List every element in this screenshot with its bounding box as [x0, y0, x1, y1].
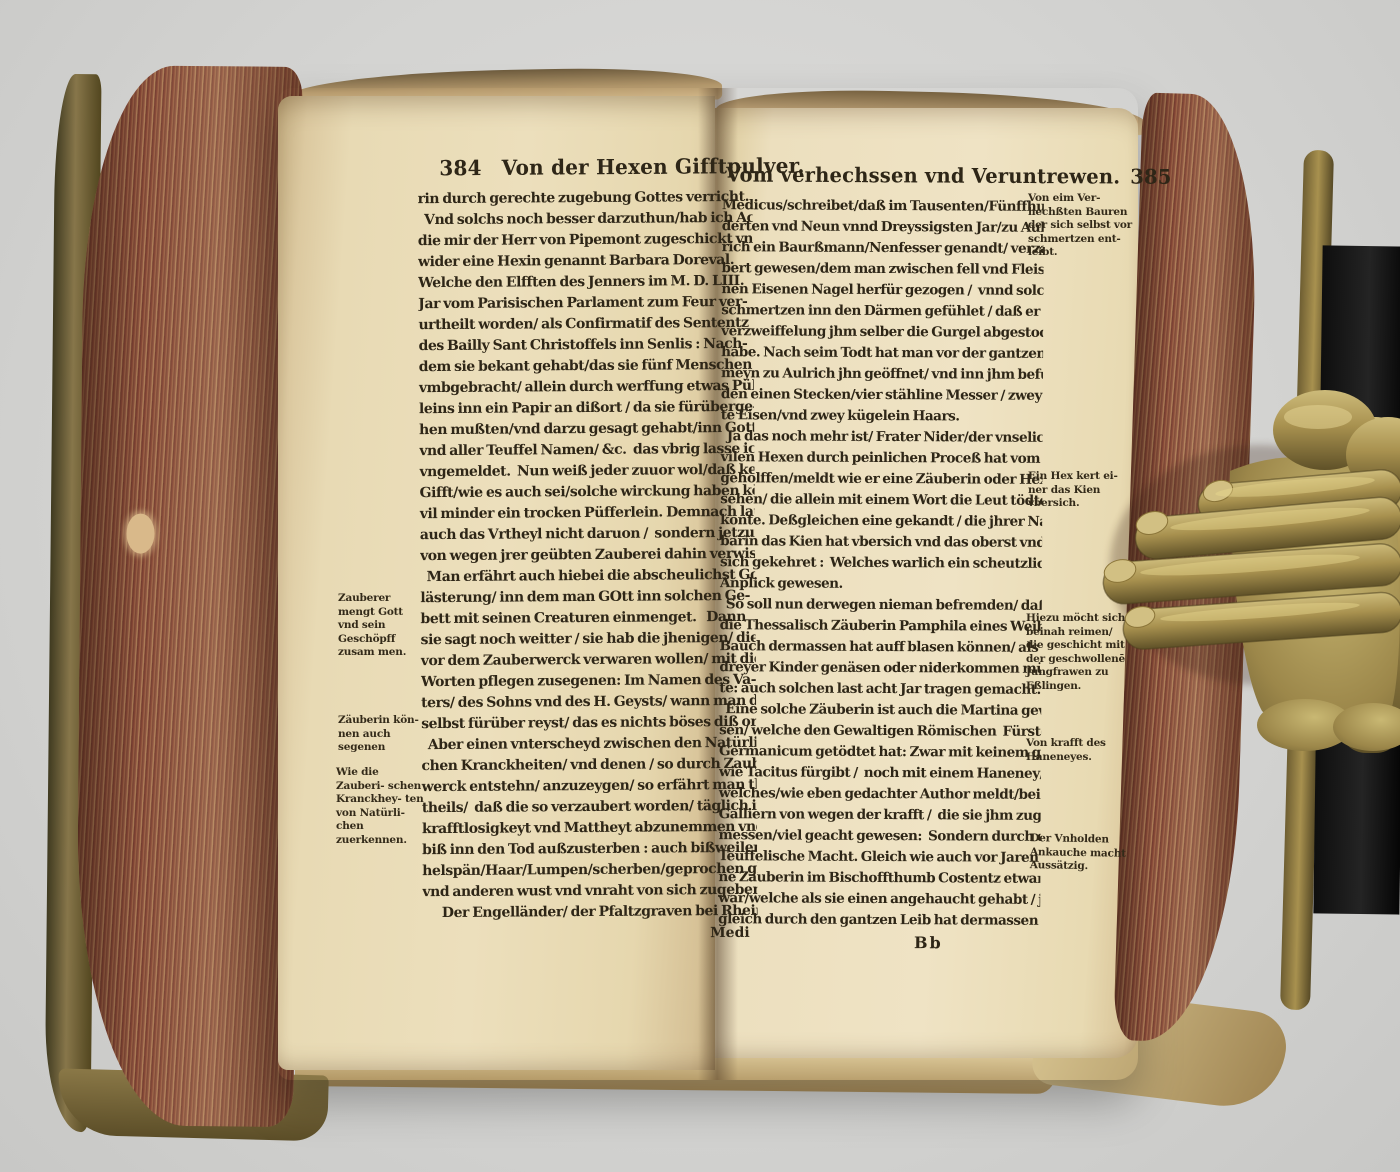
text-line: Galliern von wegen der krafft / die sie … [719, 804, 1041, 827]
text-line: sie sagt noch weitter / sie hab die jhen… [421, 628, 756, 651]
text-line: dem sie bekant gehabt/das sie fünf Mensc… [419, 355, 754, 378]
text-line: Ja das noch mehr ist/ Frater Nider/der v… [721, 426, 1043, 449]
book-photo: 384 Von der Hexen Gifftpulver. rin durch… [0, 0, 1400, 1172]
text-line: vor dem Zauberwerck verwaren wollen/ mit… [421, 649, 756, 672]
text-line: vnd anderen wust vnd vnraht von sich zug… [422, 880, 757, 903]
text-line: wider eine Hexin genannt Barbara Doreval… [418, 250, 753, 273]
text-line: Aber einen vnterscheyd zwischen den Natü… [421, 733, 756, 756]
left-page-number: 384 [439, 155, 482, 180]
text-line: die mir der Herr von Pipemont zugeschick… [418, 229, 753, 252]
text-line: geholffen/meldt wie er eine Zäuberin ode… [720, 468, 1042, 491]
text-line: sich gekehret : Welches warlich ein sche… [720, 552, 1042, 575]
text-line: derten vnd Neun vnnd Dreyssigsten Jar/zu… [722, 216, 1044, 239]
text-line: Gifft/wie es auch sei/solche wirckung ha… [420, 481, 755, 504]
text-line: krafftlosigkeyt vnd Mattheyt abzunemmen … [422, 817, 757, 840]
text-line: Der Engelländer/ der Pfaltzgraven bei Rh… [422, 901, 757, 924]
text-line: leins inn ein Papir an dißort / da sie f… [419, 397, 754, 420]
text-line: des Bailly Sant Christoffels inn Senlis … [419, 334, 754, 357]
text-line: selbst fürüber reyst/ das es nichts böse… [421, 712, 756, 735]
foredge-shading [75, 65, 302, 1127]
text-line: bert gewesen/dem man zwischen fell vnd F… [721, 258, 1043, 281]
right-header-title: Vom verhechssen vnd Veruntrewen. [726, 163, 1120, 189]
text-line: die Thessalisch Zäuberin Pamphila eines … [720, 615, 1042, 638]
text-line: So soll nun derwegen nieman befremden/ d… [720, 594, 1042, 617]
right-margin-note-1: Von eim Ver- hechßten Bauren der sich se… [1028, 192, 1132, 260]
text-line: messen/viel geacht gewesen: Sondern durc… [718, 825, 1040, 848]
left-foredge-red-stained [75, 65, 302, 1127]
text-line: theils/ daß die so verzaubert worden/ tä… [422, 796, 757, 819]
text-line: den einen Stecken/vier stähline Messer /… [721, 384, 1043, 407]
text-line: chen Kranckheiten/ vnd denen / so durch … [421, 754, 756, 777]
text-line: welches/wie eben gedachter Author meldt/… [719, 783, 1041, 806]
signature-mark: Bb [718, 930, 1040, 956]
text-line: te Eisen/vnd zwey kügelein Haars. [721, 405, 1043, 428]
text-line: Anplick gewesen. [720, 573, 1042, 596]
text-line: sehen/ die allein mit einem Wort die Leu… [720, 489, 1042, 512]
text-line: war/welche als sie einen angehaucht geha… [718, 888, 1040, 911]
text-line: Worten pflegen zusegenen: Im Namen des V… [421, 670, 756, 693]
left-margin-note-3: Wie die Zauberi- schen Kranckhey- ten vo… [336, 766, 426, 847]
text-line: barin das Kien hat vbersich vnd das ober… [720, 531, 1042, 554]
text-line: von wegen jrer geübten Zauberei dahin ve… [420, 544, 755, 567]
text-line: hen mußten/vnd darzu gesagt gehabt/inn G… [419, 418, 754, 441]
text-line: te: auch solchen last acht Jar tragen ge… [719, 678, 1041, 701]
text-line: wie Tacitus fürgibt / noch mit einem Han… [719, 762, 1041, 785]
text-line: Teuffelische Macht. Gleich wie auch vor … [718, 846, 1040, 869]
text-line: Eine solche Zäuberin ist auch die Martin… [719, 699, 1041, 722]
right-margin-note-5: Der Vnholden Ankauche macht Aussätzig. [1030, 832, 1135, 874]
text-line: biß inn den Tod außzusterben : auch bißw… [422, 838, 757, 861]
text-line: Vnd solchs noch besser darzuthun/hab ich… [418, 208, 753, 231]
text-line: gleich durch den gantzen Leib hat dermas… [718, 909, 1040, 932]
left-margin-note-1: Zauberer mengt Gott vnd sein Geschöpff z… [338, 592, 424, 660]
text-line: konte. Deßgleichen eine gekandt / die jh… [720, 510, 1042, 533]
right-running-header: Vom verhechssen vnd Veruntrewen. 385 [722, 163, 1044, 189]
right-page-number: 385 [1130, 165, 1171, 189]
text-line: vnd aller Teuffel Namen/ &c. das vbrig l… [419, 439, 754, 462]
left-page-text: 384 Von der Hexen Gifftpulver. rin durch… [417, 154, 758, 946]
text-line: sen/ welche den Gewaltigen Römischen Für… [719, 720, 1041, 743]
text-line: ters/ des Sohns vnd des H. Geysts/ wann … [421, 691, 756, 714]
text-line: verzweiffelung jhm selber die Gurgel abg… [721, 321, 1043, 344]
text-line: vngemeldet. Nun weiß jeder zuuor wol/daß… [419, 460, 754, 483]
right-page-text: Vom verhechssen vnd Veruntrewen. 385 Med… [718, 163, 1044, 956]
text-line: Bauch dermassen hat auff blasen können/ … [719, 636, 1041, 659]
text-line: ne Zauberin im Bischoffthumb Costentz et… [718, 867, 1040, 890]
text-line: Medicus/schreibet/daß im Tausenten/Fünff… [722, 195, 1044, 218]
text-line: habe. Nach seim Todt hat man vor der gan… [721, 342, 1043, 365]
text-line: nen Eisenen Nagel herfür gezogen / vnnd … [721, 279, 1043, 302]
text-line: vilen Hexen durch peinlichen Proceß hat … [720, 447, 1042, 470]
left-running-header: 384 Von der Hexen Gifftpulver. [417, 153, 752, 180]
text-line: Welche den Elfften des Jenners im M. D. … [418, 271, 753, 294]
text-line: Jar vom Parisischen Parlament zum Feur v… [418, 292, 753, 315]
text-line: vil minder ein trocken Püfferlein. Demna… [420, 502, 755, 525]
text-line: dreyer Kinder genäsen oder niderkommen m… [719, 657, 1041, 680]
text-line: Man erfährt auch hiebei die abscheulichs… [420, 565, 755, 588]
left-body-text: rin durch gerechte zugebung Gottes verri… [417, 187, 757, 924]
brass-hand-clasp [1090, 375, 1400, 775]
text-line: schmertzen inn den Därmen gefühlet / daß… [721, 300, 1043, 323]
text-line: vmbgebracht/ allein durch werffung etwas… [419, 376, 754, 399]
text-line: Germanicum getödtet hat: Zwar mit keinem… [719, 741, 1041, 764]
text-line: meyn zu Aulrich jhn geöffnet/ vnd inn jh… [721, 363, 1043, 386]
right-body-text: Medicus/schreibet/daß im Tausenten/Fünff… [718, 195, 1044, 932]
text-line: lästerung/ inn dem man GOtt inn solchen … [420, 586, 755, 609]
text-line: bett mit seinen Creaturen einmenget. Dan… [420, 607, 755, 630]
left-catchword: Medi [423, 922, 758, 946]
text-line: rin durch gerechte zugebung Gottes verri… [417, 187, 752, 210]
left-margin-note-2: Zäuberin kön- nen auch segenen [338, 714, 424, 755]
text-line: rich ein Baurßmann/Nenfesser genandt/ ve… [722, 237, 1044, 260]
text-line: werck entstehn/ anzuzeygen/ so erfährt m… [422, 775, 757, 798]
text-line: urtheilt worden/ als Confirmatif des Sen… [418, 313, 753, 336]
text-line: auch das Vrtheyl nicht daruon / sondern … [420, 523, 755, 546]
text-line: helspän/Haar/Lumpen/scherben/geprochen g… [422, 859, 757, 882]
